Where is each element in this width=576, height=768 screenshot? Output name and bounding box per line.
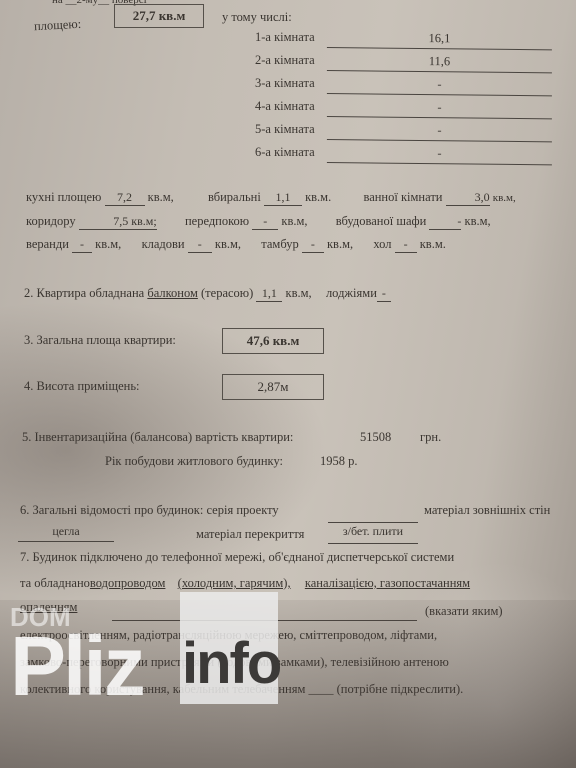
project-series-value	[328, 506, 418, 523]
hall-value: -	[395, 237, 417, 253]
veranda-label: веранди	[26, 237, 69, 251]
corridor-value: 7,5 кв.м;	[79, 214, 157, 230]
room-label: 4-а кімната	[255, 99, 315, 114]
ceiling-height-label: 4. Висота приміщень:	[24, 379, 140, 394]
walls-label: матеріал зовнішніх стін	[424, 503, 550, 518]
room-area-value: -	[327, 145, 552, 165]
heating-hint: (вказати яким)	[425, 604, 503, 619]
veranda-value: -	[72, 237, 92, 253]
room-area-value: 11,6	[327, 53, 552, 73]
section-2-prefix: 2. Квартира обладнана	[24, 286, 144, 300]
veranda-unit: кв.м,	[95, 237, 121, 251]
including-label: у тому числі:	[222, 10, 292, 25]
room-row: 4-а кімната-	[255, 99, 555, 119]
loggia-label: лоджіями	[326, 286, 377, 300]
inventory-value: 51508	[360, 430, 391, 445]
room-label: 2-а кімната	[255, 53, 315, 68]
corridor-label: коридору	[26, 214, 76, 228]
room-row: 1-а кімната16,1	[255, 30, 555, 50]
hallway-label: передпокою	[185, 214, 249, 228]
hall-label: хол	[373, 237, 391, 251]
terrace-label: (терасою)	[201, 286, 253, 300]
watermark-brand-left: Pliz	[10, 618, 143, 715]
bathroom-value: 3,0	[446, 190, 490, 206]
room-row: 3-а кімната-	[255, 76, 555, 96]
balcony-unit: кв.м,	[286, 286, 312, 300]
wardrobe-unit: кв.м,	[465, 214, 491, 228]
toilet-unit: кв.м.	[305, 190, 331, 204]
balcony-value: 1,1	[256, 286, 282, 302]
vestibule-value: -	[302, 237, 324, 253]
room-label: 6-а кімната	[255, 145, 315, 160]
aux-row-3: веранди - кв.м, кладови - кв.м, тамбур -…	[26, 237, 446, 253]
room-area-value: -	[327, 76, 552, 96]
sewage-gas-label: каналізацією, газопостачанням	[305, 576, 470, 590]
total-area-label: 3. Загальна площа квартири:	[24, 333, 176, 348]
build-year-label: Рік побудови житлового будинку:	[105, 454, 283, 469]
room-area-value: -	[327, 122, 552, 142]
water-types-label: (холодним, гарячим),	[178, 576, 291, 590]
section-2: 2. Квартира обладнана балконом (терасою)…	[24, 286, 391, 302]
total-area-box: 47,6 кв.м	[222, 328, 324, 354]
inventory-currency: грн.	[420, 430, 441, 445]
hallway-value: -	[252, 214, 278, 230]
storage-value: -	[188, 237, 212, 253]
room-row: 5-а кімната-	[255, 122, 555, 142]
hall-unit: кв.м.	[420, 237, 446, 251]
toilet-value: 1,1	[264, 190, 302, 206]
kitchen-label: кухні площею	[26, 190, 101, 204]
room-label: 3-а кімната	[255, 76, 315, 91]
balcony-label: балконом	[147, 286, 198, 300]
bathroom-unit: кв.м,	[493, 192, 516, 204]
room-area-value: 16,1	[327, 30, 552, 50]
section-7-line-2: та обладнановодопроводом (холодним, гаря…	[20, 576, 470, 591]
build-year-value: 1958 р.	[320, 454, 358, 469]
aux-row-1: кухні площею 7,2 кв.м, вбиральні 1,1 кв.…	[26, 190, 516, 206]
floors-label: матеріал перекриття	[196, 527, 304, 542]
vestibule-unit: кв.м,	[327, 237, 353, 251]
kitchen-unit: кв.м,	[148, 190, 174, 204]
toilet-label: вбиральні	[208, 190, 261, 204]
area-label: площею:	[34, 17, 82, 34]
floors-value: з/бет. плити	[328, 524, 418, 544]
vestibule-label: тамбур	[261, 237, 298, 251]
watermark-brand-right: info	[182, 630, 280, 697]
room-row: 6-а кімната-	[255, 145, 555, 165]
room-row: 2-а кімната11,6	[255, 53, 555, 73]
storage-unit: кв.м,	[215, 237, 241, 251]
building-info-label: 6. Загальні відомості про будинок: серія…	[20, 503, 279, 518]
section-7-line-1: 7. Будинок підключено до телефонної мере…	[20, 550, 454, 565]
ceiling-height-box: 2,87м	[222, 374, 324, 400]
room-label: 5-а кімната	[255, 122, 315, 137]
water-supply-label: водопроводом	[90, 576, 166, 590]
inventory-value-label: 5. Інвентаризаційна (балансова) вартість…	[22, 430, 293, 445]
equipped-with-label: та обладнано	[20, 576, 90, 590]
wardrobe-value: -	[429, 214, 461, 230]
storage-label: кладови	[142, 237, 185, 251]
aux-row-2: коридору 7,5 кв.м; передпокою - кв.м, вб…	[26, 214, 491, 230]
walls-value: цегла	[18, 524, 114, 542]
wardrobe-label: вбудованої шафи	[336, 214, 426, 228]
loggia-value: -	[377, 286, 391, 302]
watermark-logo: DOM Pliz info	[10, 592, 270, 732]
living-area-box: 27,7 кв.м	[114, 4, 204, 28]
room-area-value: -	[327, 99, 552, 119]
room-label: 1-а кімната	[255, 30, 315, 45]
kitchen-value: 7,2	[105, 190, 145, 206]
hallway-unit: кв.м,	[281, 214, 307, 228]
bathroom-label: ванної кімнати	[363, 190, 442, 204]
